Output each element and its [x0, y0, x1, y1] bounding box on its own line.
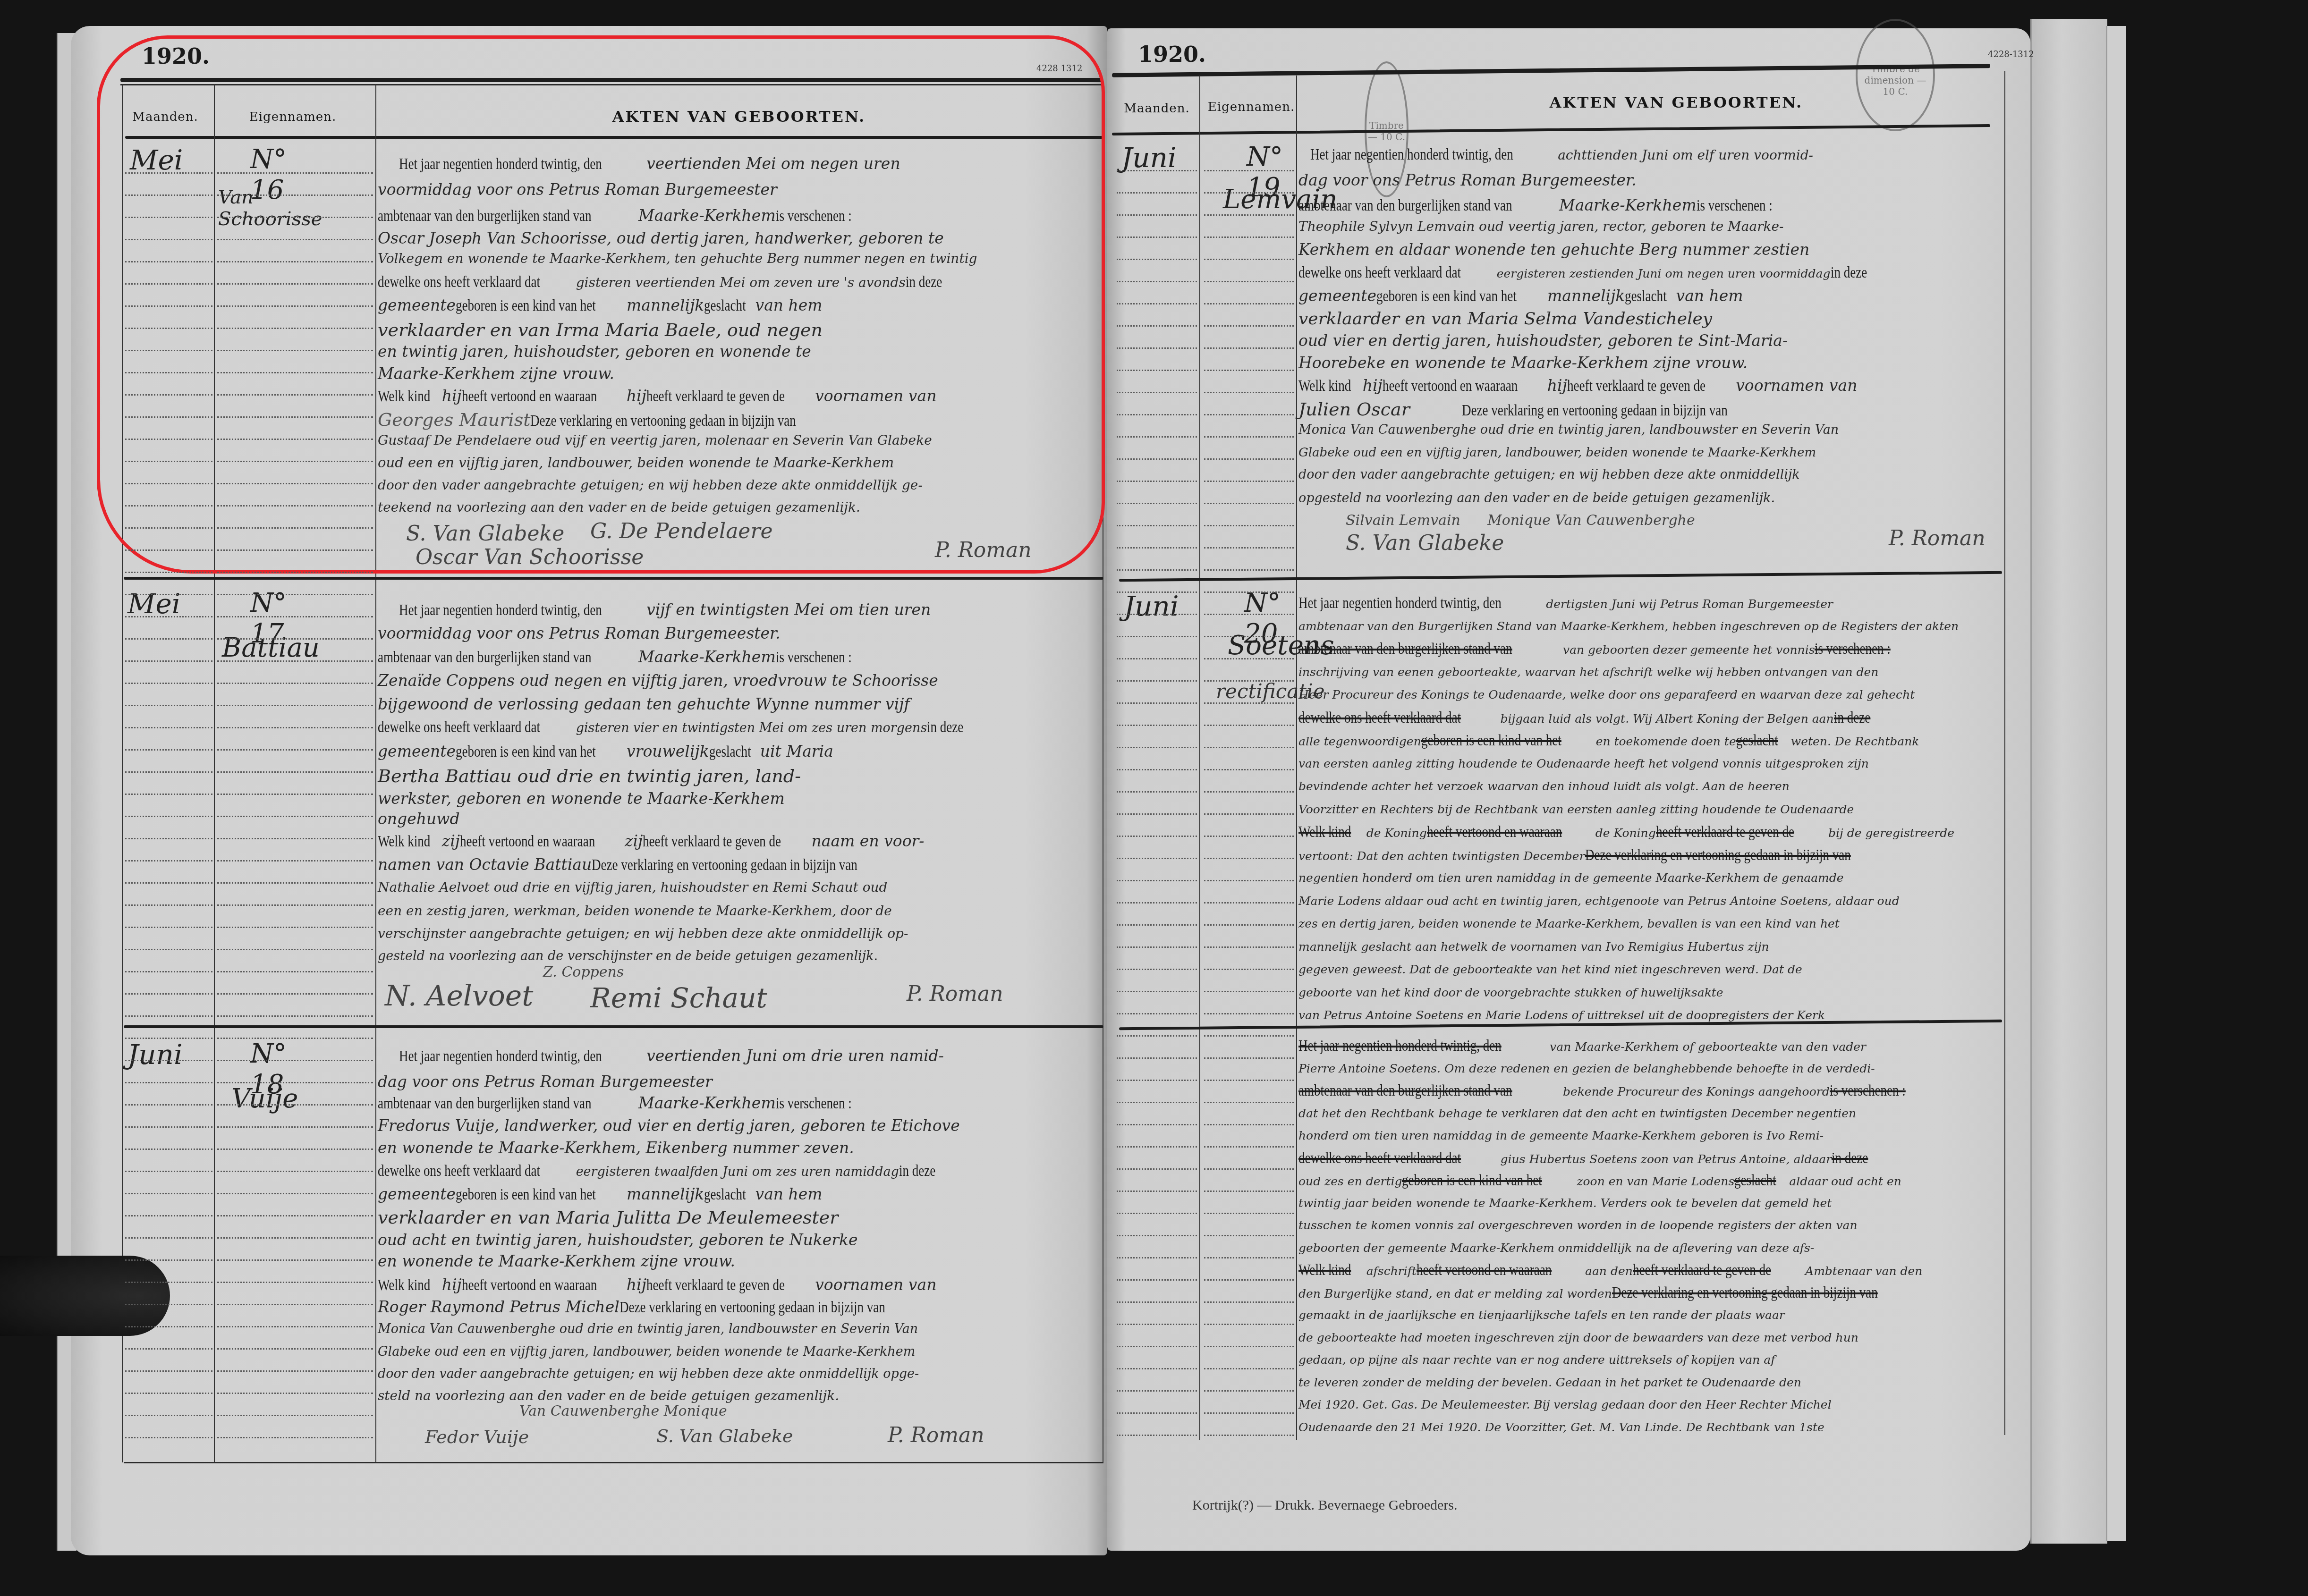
text-line: Heer Procureur des Konings te Oudenaarde… — [1298, 687, 1915, 701]
text-line: te leveren zonder de melding der bevelen… — [1298, 1375, 1801, 1389]
ruled-line — [1117, 170, 1197, 171]
col-header-eigennamen: Eigennamen. — [1202, 100, 1301, 114]
ruled-line — [125, 461, 212, 462]
ruled-line — [125, 372, 212, 373]
text-line: verklaarder en van Maria Julitta De Meul… — [378, 1208, 838, 1226]
ruled-line — [1117, 1013, 1197, 1014]
text-line: Roger Raymond Petrus Michel Deze verklar… — [378, 1299, 943, 1316]
text-line: zes en dertig jaren, beiden wonende te M… — [1298, 916, 1840, 930]
text-line: en wonende te Maarke-Kerkhem zijne vrouw… — [378, 1253, 735, 1269]
ruled-line — [1204, 547, 1294, 549]
ruled-line — [217, 394, 373, 396]
col-divider-2 — [1199, 76, 1200, 1440]
ruled-line — [217, 172, 373, 174]
ruled-line — [1204, 791, 1294, 793]
ruled-line — [1204, 1235, 1294, 1236]
ruled-line — [1117, 1324, 1197, 1325]
ruled-line — [1117, 281, 1197, 282]
text-line: ambtenaar van den burgerlijken stand van… — [1298, 1083, 1922, 1099]
signature: S. Van Glabeke — [656, 1426, 793, 1446]
ruled-line — [1117, 591, 1197, 593]
ruled-line — [1117, 214, 1197, 216]
ruled-line — [125, 261, 212, 262]
ruled-line — [125, 993, 212, 995]
ruled-line — [1204, 769, 1294, 770]
ruled-line — [1204, 1301, 1294, 1303]
ruled-line — [217, 594, 373, 595]
ruled-line — [1204, 1368, 1294, 1369]
ruled-line — [1204, 1213, 1294, 1214]
ruled-line — [125, 350, 212, 351]
ruled-line — [1117, 1168, 1197, 1170]
text-line: namen van Octavie Battiau Deze verklarin… — [378, 857, 916, 873]
text-line: Julien Oscar Deze verklaring en vertooni… — [1298, 400, 1786, 419]
ruled-line — [217, 1304, 373, 1305]
ruled-line — [125, 971, 212, 972]
ruled-line — [1117, 991, 1197, 992]
signature: Silvain Lemvain — [1346, 512, 1460, 529]
text-line: dag voor ons Petrus Roman Burgemeester. — [1298, 172, 1637, 188]
ruled-line — [1204, 414, 1294, 415]
ruled-line — [125, 727, 212, 728]
text-line: Hoorebeke en wonende te Maarke-Kerkhem z… — [1298, 355, 1748, 371]
ruled-line — [217, 1193, 373, 1194]
ruled-line — [125, 1104, 212, 1106]
ruled-line — [1204, 902, 1294, 904]
ruled-line — [217, 816, 373, 817]
ruled-line — [217, 1282, 373, 1283]
ruled-line — [1117, 969, 1197, 970]
ruled-line — [217, 194, 373, 196]
signature: N. Aelvoet — [385, 980, 533, 1013]
ruled-line — [1117, 414, 1197, 415]
right-page-year: 1920. — [1138, 42, 1206, 67]
ruled-line — [1204, 503, 1294, 504]
ruled-line — [217, 1104, 373, 1106]
ruled-line — [125, 1015, 212, 1017]
ruled-line — [217, 838, 373, 839]
ruled-line — [217, 416, 373, 418]
text-line: van Petrus Antoine Soetens en Marie Lode… — [1298, 1008, 1825, 1022]
ruled-line — [1204, 1168, 1294, 1170]
ruled-line — [125, 172, 212, 174]
ruled-line — [217, 305, 373, 307]
text-line: Zenaïde Coppens oud negen en vijftig jar… — [378, 673, 938, 688]
printer-footer: Kortrijk(?) — Drukk. Bevernaege Gebroede… — [1192, 1497, 1457, 1513]
ruled-line — [217, 527, 373, 529]
signature: Fedor Vuije — [425, 1427, 529, 1447]
ruled-line — [217, 239, 373, 240]
ruled-line — [1204, 1279, 1294, 1281]
text-line: inschrijving van eenen geboorteakte, waa… — [1298, 665, 1878, 678]
text-line: ongehuwd — [378, 811, 460, 827]
text-line: van eersten aanleg zitting houdende te O… — [1298, 756, 1869, 770]
ruled-line — [1204, 1080, 1294, 1081]
ruled-line — [217, 439, 373, 440]
ruled-line — [1117, 481, 1197, 482]
ruled-line — [125, 949, 212, 950]
ruled-line — [1117, 680, 1197, 682]
ruled-line — [1117, 836, 1197, 837]
text-line: oud zes en dertig geboren is een kind va… — [1298, 1173, 1901, 1189]
entry-month: Juni — [1121, 142, 1177, 174]
ruled-line — [217, 483, 373, 484]
text-line: voormiddag voor ons Petrus Roman Burgeme… — [378, 625, 781, 641]
ruled-line — [1204, 1257, 1294, 1258]
entry-surname: Vuije — [231, 1083, 298, 1114]
ruled-line — [1117, 192, 1197, 194]
ruled-line — [1117, 880, 1197, 881]
text-line: Pierre Antoine Soetens. Om deze redenen … — [1298, 1061, 1875, 1075]
ruled-line — [125, 1437, 212, 1438]
ruled-line — [217, 505, 373, 507]
ruled-line — [1204, 1346, 1294, 1347]
ruled-line — [1204, 325, 1294, 327]
ruled-line — [1117, 614, 1197, 615]
ruled-line — [1117, 924, 1197, 926]
text-line: bevindende achter het verzoek waarvan de… — [1298, 779, 1790, 793]
col-header-maanden: Maanden. — [1112, 101, 1202, 116]
text-line: dewelke ons heeft verklaard dat eergiste… — [1298, 265, 1875, 281]
ruled-line — [1117, 370, 1197, 371]
text-line: Welk kind hij heeft vertoond en waaraan … — [378, 1277, 936, 1293]
text-line: ambtenaar van den burgerlijken stand van… — [1298, 197, 1789, 214]
ruled-line — [1117, 1257, 1197, 1258]
ruled-line — [125, 1038, 212, 1039]
text-line: twintig jaar beiden wonende te Maarke-Ke… — [1298, 1196, 1832, 1209]
ruled-line — [1117, 1368, 1197, 1369]
text-line: verschijnster aangebrachte getuigen; en … — [378, 927, 908, 940]
entry-month: Mei — [127, 588, 180, 620]
text-line: Monica Van Cauwenberghe oud drie en twin… — [378, 1322, 918, 1335]
ruled-line — [217, 904, 373, 906]
ruled-line — [217, 1171, 373, 1172]
ruled-line — [1204, 259, 1294, 260]
ruled-line — [125, 1148, 212, 1150]
ruled-line — [125, 1126, 212, 1128]
ruled-line — [125, 1370, 212, 1372]
text-line: dewelke ons heeft verklaard dat gisteren… — [378, 720, 972, 735]
text-line: een en zestig jaren, werkman, beiden won… — [378, 904, 892, 918]
ruled-line — [125, 705, 212, 706]
ruled-line — [1117, 1412, 1197, 1414]
ruled-line — [125, 527, 212, 529]
ruled-line — [125, 838, 212, 839]
ruled-line — [125, 927, 212, 928]
text-line: vertoont: Dat den achten twintigsten Dec… — [1298, 848, 1909, 863]
ruled-line — [1204, 680, 1294, 682]
ruled-line — [1204, 1390, 1294, 1392]
ruled-line — [1117, 503, 1197, 504]
ruled-line — [125, 1348, 212, 1350]
ruled-line — [1204, 481, 1294, 482]
text-line: verklaarder en van Maria Selma Vandestic… — [1298, 311, 1712, 328]
ruled-line — [217, 572, 373, 573]
text-line: gemeente geboren is een kind van het vro… — [378, 743, 833, 760]
ruled-line — [1117, 1279, 1197, 1281]
ruled-line — [1204, 1324, 1294, 1325]
right-cover-edge — [2106, 26, 2126, 1541]
ruled-line — [1204, 236, 1294, 238]
text-line: oud vier en dertig jaren, huishoudster, … — [1298, 333, 1788, 348]
ruled-line — [1117, 569, 1197, 571]
thumb-holding-page — [0, 1256, 170, 1336]
ruled-line — [1204, 1191, 1294, 1192]
text-line: gesteld na voorlezing aan de verschijnst… — [378, 949, 878, 963]
ruled-line — [1204, 1124, 1294, 1125]
red-highlight-annotation — [97, 35, 1105, 574]
text-line: mannelijk geslacht aan hetwelk de voorna… — [1298, 939, 1769, 953]
ruled-line — [125, 1393, 212, 1394]
text-line: Monica Van Cauwenberghe oud drie en twin… — [1298, 422, 1839, 436]
ruled-line — [217, 927, 373, 928]
col-header-akten: AKTEN VAN GEBOORTEN. — [1346, 93, 2007, 111]
text-line: de geboorteakte had moeten ingeschreven … — [1298, 1330, 1858, 1344]
ruled-line — [125, 217, 212, 218]
ruled-line — [1204, 591, 1294, 593]
ruled-line — [1204, 924, 1294, 926]
text-line: gegeven geweest. Dat de geboorteakte van… — [1298, 962, 1802, 976]
ruled-line — [1117, 525, 1197, 526]
ruled-line — [217, 771, 373, 773]
text-line: Glabeke oud een en vijftig jaren, landbo… — [378, 1344, 915, 1358]
ruled-line — [217, 1148, 373, 1150]
ruled-line — [1204, 1057, 1294, 1059]
text-line: Welk kind afschrift heeft vertoond en wa… — [1298, 1263, 1922, 1278]
ruled-line — [125, 505, 212, 507]
ruled-line — [217, 1082, 373, 1083]
ruled-line — [1204, 569, 1294, 571]
ruled-line — [125, 683, 212, 684]
ruled-line — [1117, 702, 1197, 704]
ruled-line — [1117, 1146, 1197, 1148]
text-line: tusschen te komen vonnis zal overgeschre… — [1298, 1218, 1858, 1232]
ruled-line — [1117, 1102, 1197, 1103]
ruled-line — [125, 416, 212, 418]
ruled-line — [125, 439, 212, 440]
ruled-line — [1204, 192, 1294, 194]
text-line: ambtenaar van den burgerlijken stand van… — [378, 1095, 868, 1112]
ruled-line — [1117, 458, 1197, 460]
signature: P. Roman — [907, 982, 1003, 1006]
ruled-line — [1204, 392, 1294, 393]
ruled-line — [125, 283, 212, 285]
ruled-line — [1204, 370, 1294, 371]
text-line: dewelke ons heeft verklaard dat gius Hub… — [1298, 1151, 1876, 1166]
ruled-line — [1204, 614, 1294, 615]
signature: P. Roman — [888, 1423, 984, 1447]
ruled-line — [125, 483, 212, 484]
ruled-line — [125, 328, 212, 329]
text-line: Het jaar negentien honderd twintig, den … — [1310, 147, 1813, 163]
ruled-line — [217, 705, 373, 706]
ruled-line — [1204, 946, 1294, 948]
ruled-line — [217, 749, 373, 751]
ruled-line — [1117, 725, 1197, 726]
text-line: alle tegenwoordigen geboren is een kind … — [1298, 733, 1919, 749]
ruled-line — [1117, 1035, 1197, 1037]
text-line: werkster, geboren en wonende te Maarke-K… — [378, 791, 785, 806]
ruled-line — [217, 1038, 373, 1039]
ruled-line — [1204, 858, 1294, 859]
right-page-stack-edge — [2030, 19, 2107, 1544]
ruled-line — [125, 1304, 212, 1305]
ruled-line — [1117, 436, 1197, 438]
text-line: door den vader aangebrachte getuigen; en… — [1298, 467, 1800, 481]
ruled-line — [125, 660, 212, 662]
ruled-line — [1117, 1191, 1197, 1192]
ruled-line — [125, 1259, 212, 1261]
ruled-line — [125, 1171, 212, 1172]
text-line: den Burgerlijke stand, en dat er melding… — [1298, 1285, 1936, 1301]
ruled-line — [1204, 702, 1294, 704]
ruled-line — [217, 1126, 373, 1128]
ruled-line — [1204, 636, 1294, 637]
ruled-line — [1117, 1235, 1197, 1236]
ruled-line — [1204, 813, 1294, 815]
ruled-line — [217, 372, 373, 373]
ruled-line — [217, 860, 373, 861]
text-line: dewelke ons heeft verklaard dat bijgaan … — [1298, 710, 1878, 726]
text-line: Het jaar negentien honderd twintig, den … — [399, 602, 931, 618]
ruled-line — [125, 1060, 212, 1061]
ruled-line — [125, 771, 212, 773]
ruled-line — [217, 461, 373, 462]
entry-separator — [124, 1462, 1103, 1463]
ruled-line — [125, 816, 212, 817]
ruled-line — [1117, 303, 1197, 304]
ruled-line — [1117, 1346, 1197, 1347]
text-line: dewelke ons heeft verklaard dat eergiste… — [378, 1164, 943, 1179]
ruled-line — [1117, 636, 1197, 637]
ruled-line — [1204, 214, 1294, 216]
ruled-line — [1204, 836, 1294, 837]
ruled-line — [125, 194, 212, 196]
ruled-line — [217, 993, 373, 995]
ruled-line — [1204, 969, 1294, 970]
entry-surname: Battiau — [222, 633, 320, 663]
ruled-line — [1204, 436, 1294, 438]
ruled-line — [1117, 658, 1197, 659]
ruled-line — [1117, 747, 1197, 748]
text-line: en wonende te Maarke-Kerkhem, Eikenberg … — [378, 1140, 854, 1156]
ruled-line — [1117, 1213, 1197, 1214]
text-line: ambtenaar van den Burgerlijken Stand van… — [1298, 619, 1959, 633]
ruled-line — [217, 1348, 373, 1350]
ruled-line — [125, 1193, 212, 1194]
ruled-line — [217, 882, 373, 884]
ruled-line — [217, 283, 373, 285]
ruled-line — [125, 594, 212, 595]
ruled-line — [217, 1437, 373, 1438]
ruled-line — [217, 1326, 373, 1327]
ruled-line — [217, 1237, 373, 1239]
ruled-line — [1117, 902, 1197, 904]
text-line: Nathalie Aelvoet oud drie en vijftig jar… — [378, 880, 888, 894]
text-line: gemaakt in de jaarlijksche en tienjaarli… — [1298, 1308, 1785, 1321]
text-line: gedaan, op pijne als naar rechte van er … — [1298, 1352, 1775, 1366]
ruled-line — [217, 1393, 373, 1394]
ruled-line — [1204, 281, 1294, 282]
ruled-line — [125, 549, 212, 551]
text-line: Glabeke oud een en vijftig jaren, landbo… — [1298, 445, 1816, 459]
ruled-line — [1204, 747, 1294, 748]
text-line: Het jaar negentien honderd twintig, den … — [399, 1048, 944, 1064]
signature: Z. Coppens — [543, 964, 624, 980]
entry-month: Juni — [1124, 590, 1179, 622]
ruled-line — [217, 660, 373, 662]
signature: Monique Van Cauwenberghe — [1487, 512, 1695, 529]
ruled-line — [1204, 658, 1294, 659]
ruled-line — [1204, 1013, 1294, 1014]
text-line: ambtenaar van den burgerlijken stand van… — [378, 649, 868, 666]
text-line: Voorzitter en Rechters bij de Rechtbank … — [1298, 802, 1854, 816]
ruled-line — [217, 1415, 373, 1416]
ruled-line — [217, 1015, 373, 1017]
text-line: Welk kind zij heeft vertoond en waaraan … — [378, 833, 924, 850]
ruled-line — [1204, 1146, 1294, 1148]
text-line: Het jaar negentien honderd twintig, den … — [1298, 596, 1833, 611]
text-line: oud acht en twintig jaren, huishoudster,… — [378, 1232, 858, 1248]
ruled-line — [217, 971, 373, 972]
text-line: Mei 1920. Get. Gas. De Meulemeester. Bij… — [1298, 1397, 1832, 1411]
entry-separator — [124, 577, 1103, 580]
text-line: gemeente geboren is een kind van het man… — [378, 1186, 823, 1203]
ruled-line — [217, 616, 373, 617]
ruled-line — [217, 638, 373, 640]
text-line: Marie Lodens aldaar oud acht en twintig … — [1298, 894, 1900, 907]
ruled-line — [217, 261, 373, 262]
entry-month: Juni — [127, 1039, 183, 1071]
text-line: Welk kind hij heeft vertoond en waaraan … — [1298, 378, 1857, 394]
ruled-line — [1204, 725, 1294, 726]
ruled-line — [1204, 458, 1294, 460]
ruled-line — [217, 727, 373, 728]
ruled-line — [1117, 1390, 1197, 1392]
text-line: bijgewoond de verlossing gedaan ten gehu… — [378, 696, 910, 712]
text-line: Welk kind de Koning heeft vertoond en wa… — [1298, 825, 1954, 840]
ruled-line — [125, 305, 212, 307]
ruled-line — [217, 949, 373, 950]
ruled-line — [125, 882, 212, 884]
text-line: negentien honderd om tien uren namiddag … — [1298, 870, 1844, 884]
ruled-line — [1117, 946, 1197, 948]
ruled-line — [1117, 1057, 1197, 1059]
ruled-line — [1117, 1080, 1197, 1081]
ruled-line — [1117, 347, 1197, 349]
ruled-line — [1204, 991, 1294, 992]
text-line: steld na voorlezing aan den vader en de … — [378, 1389, 839, 1402]
ruled-line — [125, 616, 212, 617]
ruled-line — [1117, 1435, 1197, 1436]
ruled-line — [1117, 392, 1197, 393]
text-line: dag voor ons Petrus Roman Burgemeester — [378, 1074, 713, 1089]
text-line: Bertha Battiau oud drie en twintig jaren… — [378, 767, 801, 785]
ruled-line — [217, 1060, 373, 1061]
ruled-line — [1204, 1035, 1294, 1037]
ruled-line — [1204, 1102, 1294, 1103]
ruled-line — [1117, 236, 1197, 238]
ruled-line — [1117, 791, 1197, 793]
ruled-line — [217, 1370, 373, 1372]
ruled-line — [1117, 858, 1197, 859]
ruled-line — [217, 1215, 373, 1216]
ruled-line — [1204, 303, 1294, 304]
text-line: Het jaar negentien honderd twintig, den … — [1298, 1039, 1866, 1054]
ruled-line — [125, 794, 212, 795]
ruled-line — [217, 1259, 373, 1261]
ruled-line — [1117, 325, 1197, 327]
